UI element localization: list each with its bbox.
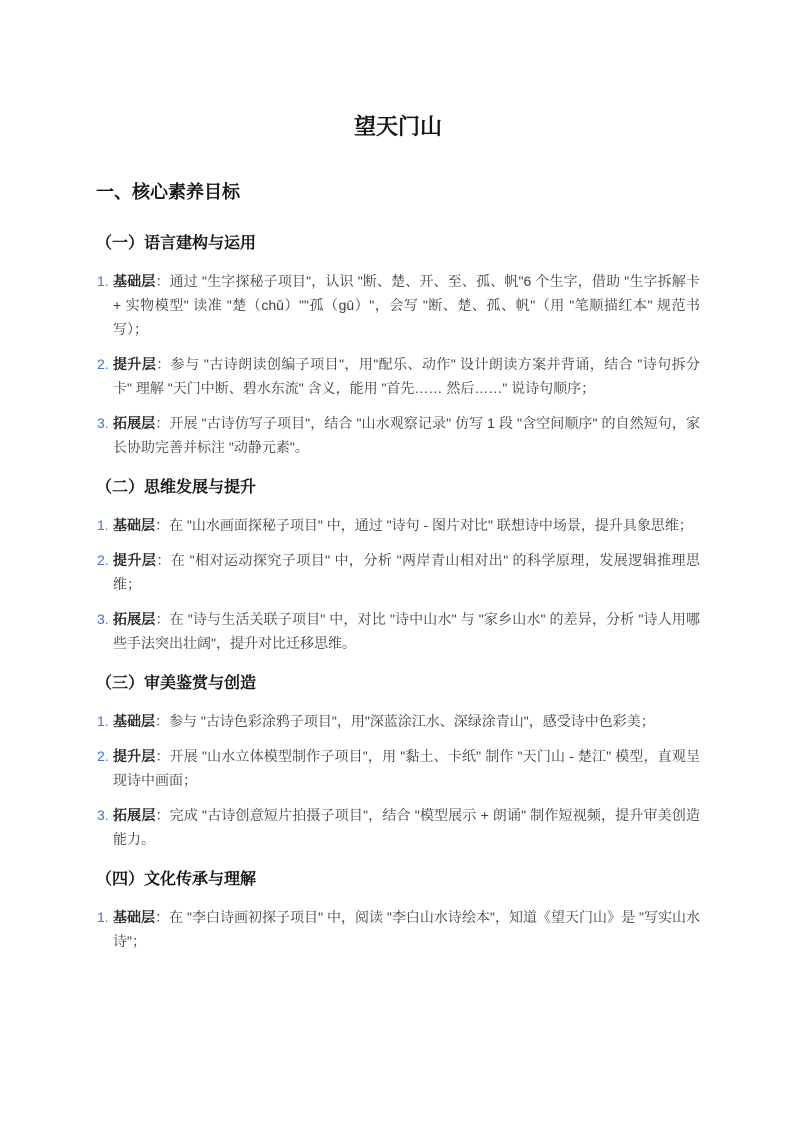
subsection-heading: （二）思维发展与提升 <box>96 477 700 499</box>
list-item: 2.提升层：在 "相对运动探究子项目" 中，分析 "两岸青山相对出" 的科学原理… <box>96 548 700 596</box>
list-item-text: ：在 "诗与生活关联子项目" 中，对比 "诗中山水" 与 "家乡山水" 的差异，… <box>113 611 700 651</box>
list-item-number: 2. <box>97 548 109 572</box>
list-item: 2.提升层：参与 "古诗朗读创编子项目"，用"配乐、动作" 设计朗读方案并背诵，… <box>96 352 700 400</box>
list-item-text: ：参与 "古诗朗读创编子项目"，用"配乐、动作" 设计朗读方案并背诵，结合 "诗… <box>113 356 700 396</box>
list-item-label: 基础层 <box>113 517 155 533</box>
list-item-number: 3. <box>97 803 109 827</box>
list-item-number: 3. <box>97 411 109 435</box>
list-item-text: ：完成 "古诗创意短片拍摄子项目"，结合 "模型展示 + 朗诵" 制作短视频，提… <box>113 807 700 847</box>
document-title: 望天门山 <box>96 112 700 142</box>
objective-list: 1.基础层：在 "山水画面探秘子项目" 中，通过 "诗句 - 图片对比" 联想诗… <box>96 513 700 655</box>
objective-list: 1.基础层：在 "李白诗画初探子项目" 中，阅读 "李白山水诗绘本"，知道《望天… <box>96 905 700 953</box>
subsection-thinking: （二）思维发展与提升 1.基础层：在 "山水画面探秘子项目" 中，通过 "诗句 … <box>96 477 700 655</box>
objective-list: 1.基础层：通过 "生字探秘子项目"，认识 "断、楚、开、至、孤、帆"6 个生字… <box>96 269 700 459</box>
list-item: 3.拓展层：完成 "古诗创意短片拍摄子项目"，结合 "模型展示 + 朗诵" 制作… <box>96 803 700 851</box>
list-item-label: 拓展层 <box>113 807 156 823</box>
subsection-aesthetics: （三）审美鉴赏与创造 1.基础层：参与 "古诗色彩涂鸦子项目"，用"深蓝涂江水、… <box>96 673 700 851</box>
list-item: 3.拓展层：开展 "古诗仿写子项目"，结合 "山水观察记录" 仿写 1 段 "含… <box>96 411 700 459</box>
subsection-heading: （四）文化传承与理解 <box>96 869 700 891</box>
subsection-heading: （三）审美鉴赏与创造 <box>96 673 700 695</box>
list-item: 1.基础层：参与 "古诗色彩涂鸦子项目"，用"深蓝涂江水、深绿涂青山"，感受诗中… <box>96 709 700 733</box>
list-item: 2.提升层：开展 "山水立体模型制作子项目"，用 "黏土、卡纸" 制作 "天门山… <box>96 744 700 792</box>
list-item-text: ：在 "李白诗画初探子项目" 中，阅读 "李白山水诗绘本"，知道《望天门山》是 … <box>113 909 700 949</box>
list-item-number: 2. <box>97 352 109 376</box>
list-item-text: ：参与 "古诗色彩涂鸦子项目"，用"深蓝涂江水、深绿涂青山"，感受诗中色彩美； <box>155 713 655 729</box>
list-item-label: 提升层 <box>113 356 156 372</box>
list-item-text: ：开展 "古诗仿写子项目"，结合 "山水观察记录" 仿写 1 段 "含空间顺序"… <box>113 415 700 455</box>
list-item-label: 基础层 <box>113 909 155 925</box>
list-item-label: 提升层 <box>113 748 155 764</box>
list-item-label: 拓展层 <box>113 415 155 431</box>
list-item-number: 2. <box>97 744 109 768</box>
list-item-number: 1. <box>97 709 109 733</box>
list-item-number: 1. <box>97 513 109 537</box>
list-item-text: ：在 "山水画面探秘子项目" 中，通过 "诗句 - 图片对比" 联想诗中场景，提… <box>155 517 693 533</box>
subsection-culture: （四）文化传承与理解 1.基础层：在 "李白诗画初探子项目" 中，阅读 "李白山… <box>96 869 700 953</box>
list-item-number: 1. <box>97 269 109 293</box>
list-item-label: 提升层 <box>113 552 156 568</box>
list-item: 1.基础层：在 "山水画面探秘子项目" 中，通过 "诗句 - 图片对比" 联想诗… <box>96 513 700 537</box>
objective-list: 1.基础层：参与 "古诗色彩涂鸦子项目"，用"深蓝涂江水、深绿涂青山"，感受诗中… <box>96 709 700 851</box>
document-page: 望天门山 一、核心素养目标 （一）语言建构与运用 1.基础层：通过 "生字探秘子… <box>0 0 794 1123</box>
list-item-label: 基础层 <box>113 713 155 729</box>
list-item-label: 基础层 <box>113 273 155 289</box>
list-item: 3.拓展层：在 "诗与生活关联子项目" 中，对比 "诗中山水" 与 "家乡山水"… <box>96 607 700 655</box>
list-item-number: 1. <box>97 905 109 929</box>
section-heading: 一、核心素养目标 <box>96 180 700 205</box>
list-item: 1.基础层：通过 "生字探秘子项目"，认识 "断、楚、开、至、孤、帆"6 个生字… <box>96 269 700 341</box>
list-item-label: 拓展层 <box>113 611 155 627</box>
list-item-text: ：在 "相对运动探究子项目" 中，分析 "两岸青山相对出" 的科学原理，发展逻辑… <box>113 552 700 592</box>
subsection-language: （一）语言建构与运用 1.基础层：通过 "生字探秘子项目"，认识 "断、楚、开、… <box>96 233 700 459</box>
list-item-number: 3. <box>97 607 109 631</box>
list-item-text: ：通过 "生字探秘子项目"，认识 "断、楚、开、至、孤、帆"6 个生字，借助 "… <box>113 273 700 337</box>
list-item-text: ：开展 "山水立体模型制作子项目"，用 "黏土、卡纸" 制作 "天门山 - 楚江… <box>113 748 700 788</box>
subsection-heading: （一）语言建构与运用 <box>96 233 700 255</box>
list-item: 1.基础层：在 "李白诗画初探子项目" 中，阅读 "李白山水诗绘本"，知道《望天… <box>96 905 700 953</box>
